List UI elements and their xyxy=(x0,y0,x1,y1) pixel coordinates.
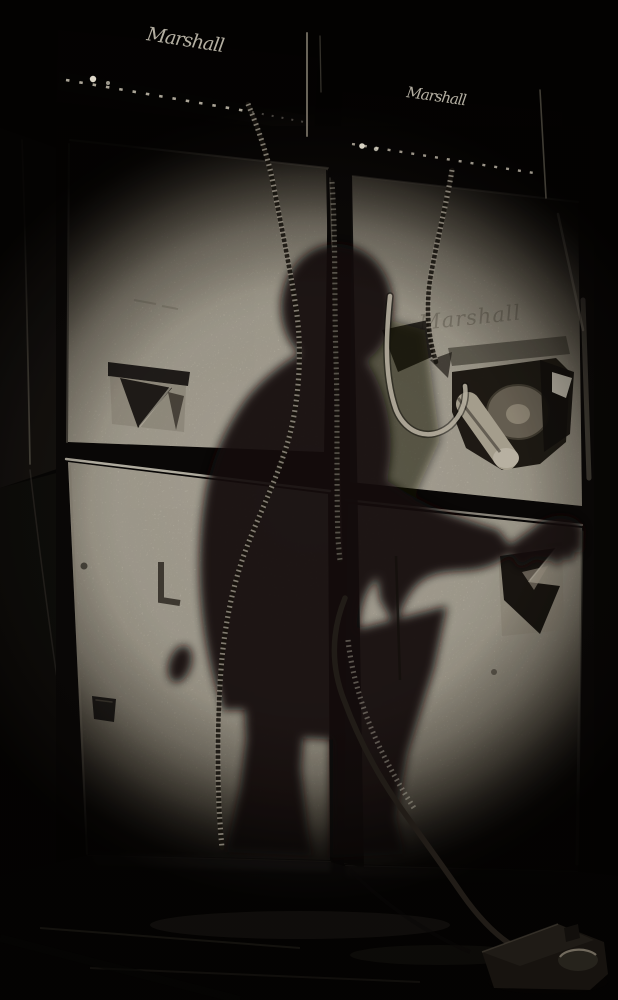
stage-photo-guitarist-shadow: Marshall xyxy=(0,0,618,1000)
film-grain xyxy=(0,0,618,1000)
photo-canvas: Marshall xyxy=(0,0,618,1000)
